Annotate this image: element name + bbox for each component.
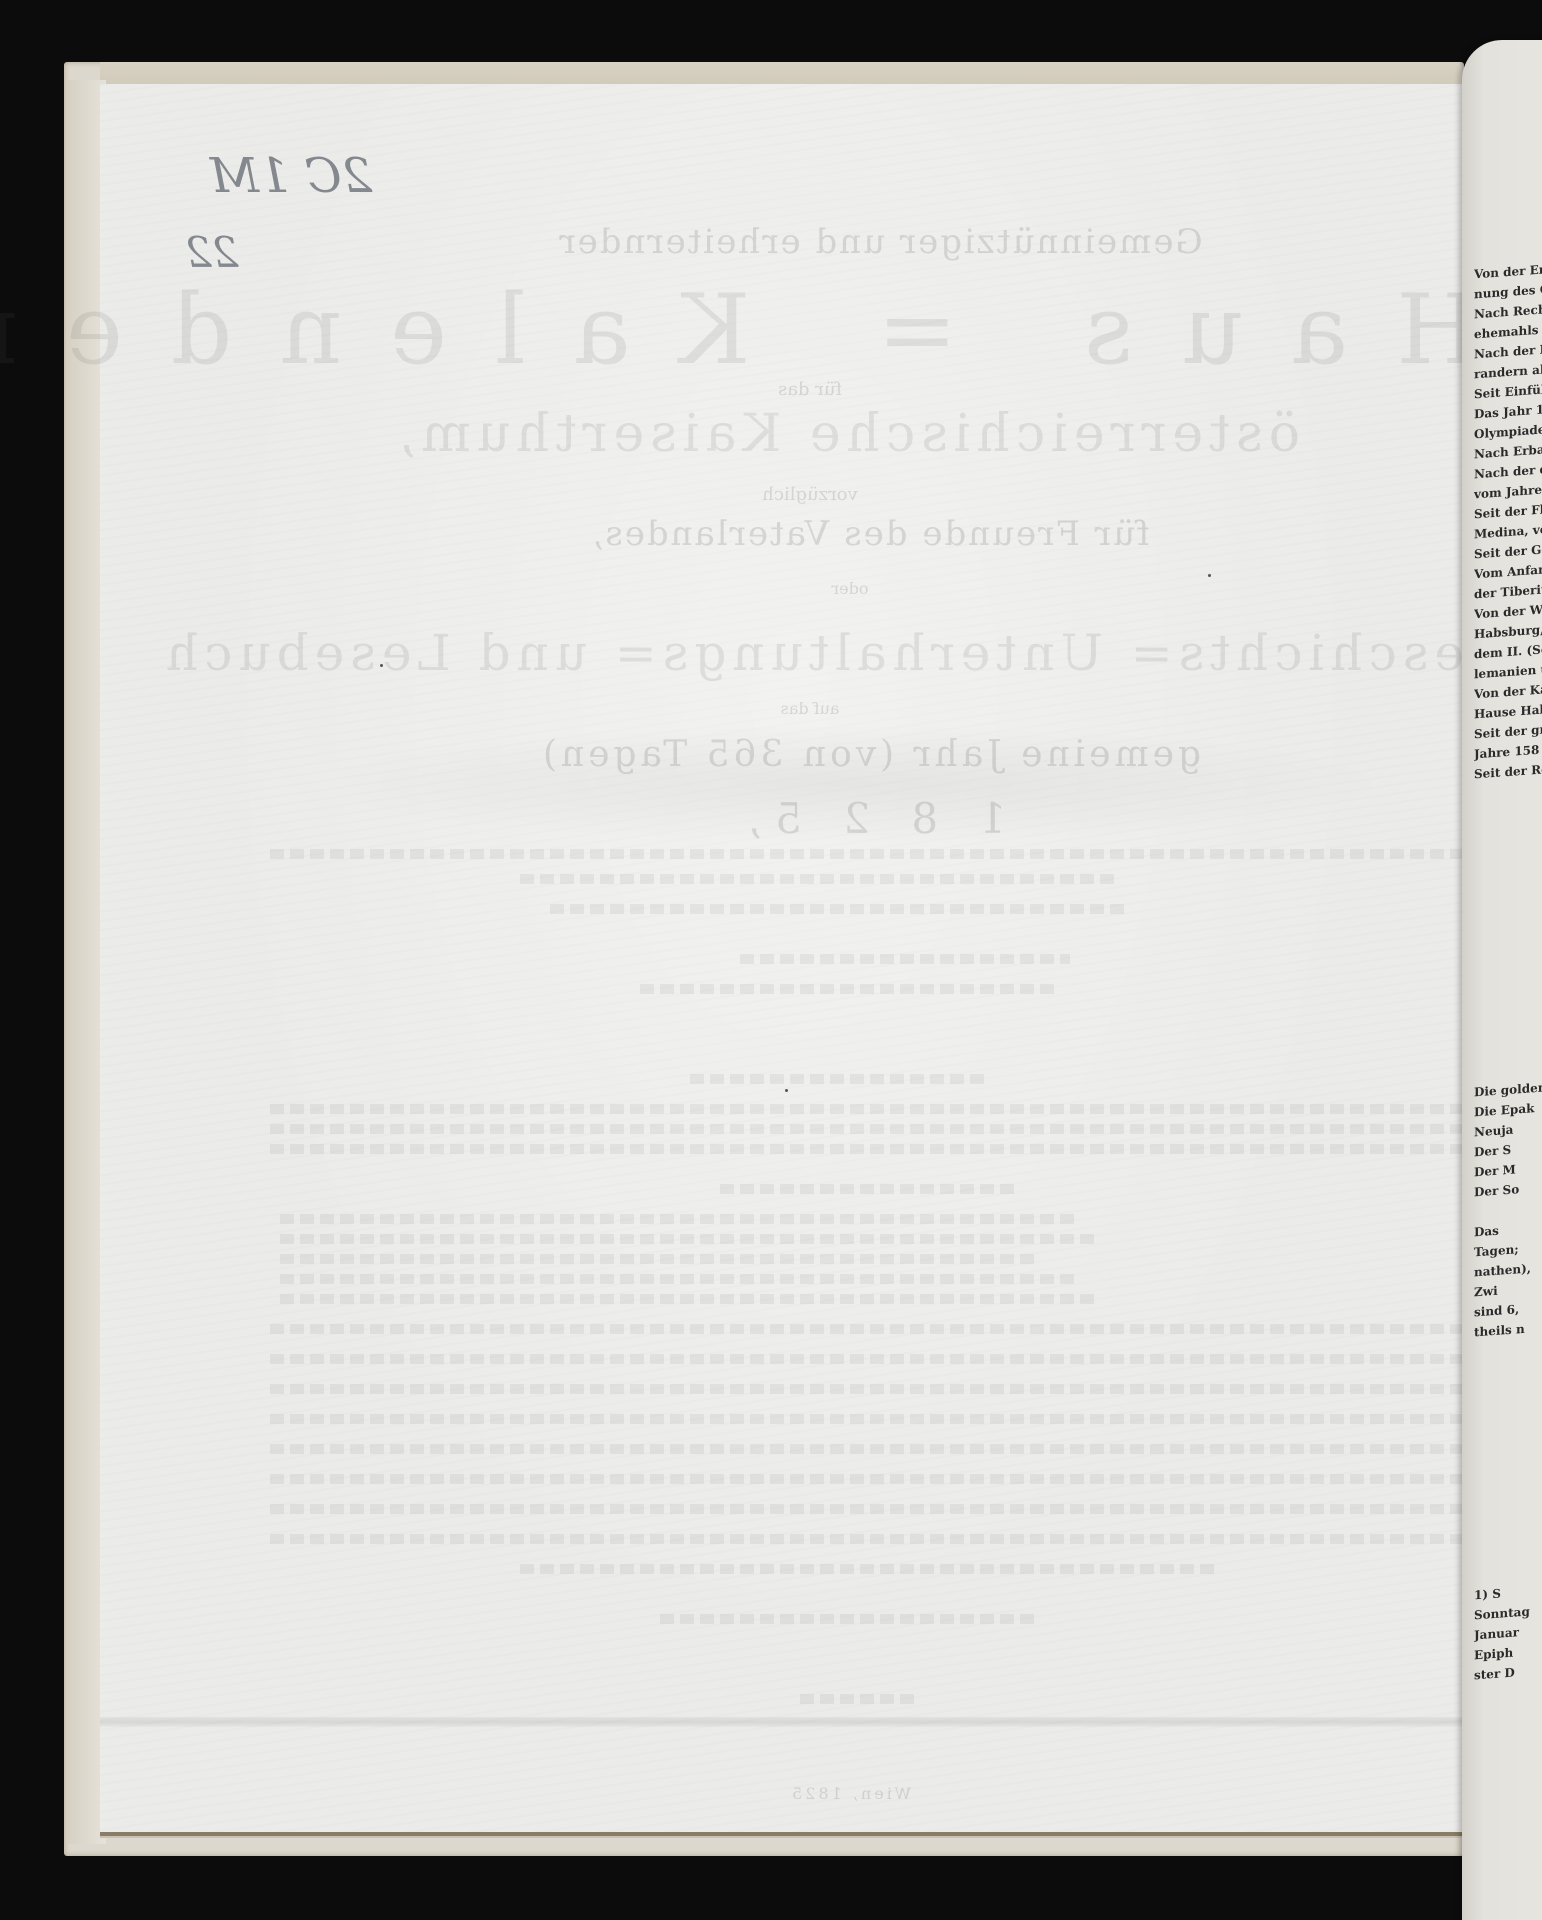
show-through-text-row — [640, 984, 1060, 994]
show-through-line: oder — [800, 579, 900, 598]
text-line: ster D — [1474, 1661, 1542, 1683]
show-through-line: für das — [660, 379, 960, 400]
adjacent-page-column-3: 1) S Sonntag Januar Epiph ster D — [1474, 1583, 1542, 1683]
show-through-text-row — [280, 1274, 1080, 1284]
show-through-text-row — [270, 1534, 1520, 1544]
show-through-text-row — [280, 1234, 1100, 1244]
paper-speck — [785, 1089, 788, 1092]
show-through-text-row — [270, 1104, 1520, 1114]
paper-speck — [380, 664, 383, 667]
show-through-text-row — [270, 1324, 1520, 1334]
paper-crease — [100, 1717, 1480, 1727]
show-through-text-row — [270, 1354, 1520, 1364]
show-through-text-row — [520, 874, 1120, 884]
show-through-text-row — [690, 1074, 990, 1084]
show-through-text-row — [280, 1254, 1040, 1264]
show-through-text-row — [280, 1294, 1100, 1304]
show-through-line: für Freunde des Vaterlandes, — [520, 514, 1220, 554]
show-through-footer: Wien, 1825 — [640, 1784, 1060, 1803]
show-through-text-row — [800, 1694, 920, 1704]
show-through-text-row — [270, 1474, 1520, 1484]
blank-page: Gemeinnütziger und erheiternder Haus = K… — [100, 84, 1480, 1832]
show-through-title: Haus = Kalender — [300, 274, 1480, 386]
handwritten-number: 22 — [185, 228, 238, 277]
text-line: Seit der Re — [1474, 760, 1542, 782]
show-through-text-row — [270, 849, 1520, 859]
show-through-line: auf das — [740, 699, 880, 718]
text-line: theils n — [1474, 1318, 1542, 1340]
show-through-line: Geschichts= Unterhaltungs= und Lesebuch — [270, 624, 1510, 682]
show-through-text-row — [270, 1124, 1520, 1134]
show-through-year: 1 8 2 5, — [660, 794, 1080, 843]
adjacent-page-column-2: Die goldene Die Epak Neuja Der S Der M D… — [1474, 1080, 1542, 1340]
show-through-line: vorzüglich — [740, 484, 880, 505]
handwritten-shelfmark: 2C 1M — [210, 148, 372, 204]
show-through-line: österreichische Kaiserthum, — [400, 404, 1300, 464]
show-through-text-row — [270, 1144, 1520, 1154]
show-through-text-row — [270, 1384, 1520, 1394]
show-through-text-row — [270, 1504, 1520, 1514]
show-through-text-row — [280, 1214, 1080, 1224]
show-through-line: Gemeinnütziger und erheiternder — [520, 222, 1240, 262]
show-through-text-row — [740, 954, 1070, 964]
show-through-text-row — [550, 904, 1130, 914]
show-through-text-row — [270, 1414, 1520, 1424]
paper-speck — [1208, 574, 1211, 577]
adjacent-page-column-1: Von der Erschaffung d nung des Calvisius… — [1474, 262, 1542, 782]
show-through-text-row — [720, 1184, 1020, 1194]
show-through-text-row — [270, 1444, 1520, 1454]
show-through-text-row — [520, 1564, 1220, 1574]
show-through-text-row — [660, 1614, 1040, 1624]
show-through-line: gemeine Jahr (von 365 Tagen) — [490, 734, 1250, 775]
